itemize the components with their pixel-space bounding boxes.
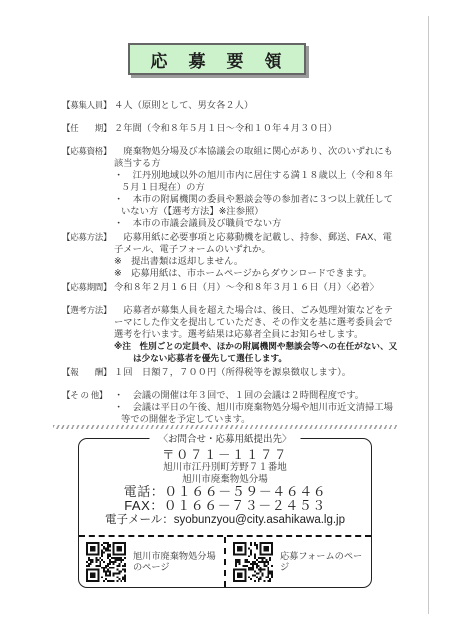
qr-code-application-form-page — [233, 542, 273, 582]
apply-note: ※ 応募用紙は、市ホームページからダウンロードできます。 — [114, 267, 398, 279]
section-period: 【応募期間】 令和８年２月１６日（月）～令和８年３月１６日（月）〈必着〉 — [62, 281, 398, 293]
section-other: 【そ の 他】 ・ 会議の開催は年３回で、１回の会議は２時間程度です。 ・ 会議… — [62, 389, 398, 425]
section-label: 【そ の 他】 — [62, 389, 114, 425]
selection-note: ※注 性別ごとの定員や、ほかの附属機関や懇談会等への在任がない、又は少ない応募者… — [114, 340, 398, 364]
guidelines-body: 【募集人員】 ４人（原則として、男女各２人） 【任 期】 ２年間（令和８年５月１… — [62, 99, 398, 427]
section-label: 【応募期間】 — [62, 281, 114, 293]
contact-box-legend: 〈お問合せ・応募用紙提出先〉 — [149, 431, 300, 445]
qr-cell-waste-site: 旭川市廃棄物処分場のページ — [79, 537, 224, 587]
address-line: 旭川市江丹別町芳野７１番地 — [79, 462, 371, 474]
section-label: 【選考方法】 — [62, 304, 114, 364]
eligibility-bullet: ・ 本市の附属機関の委員や懇談会等の参加者に３つ以上就任していない方（【選考方法… — [114, 193, 398, 217]
section-label: 【報 酬】 — [62, 366, 114, 378]
section-label: 【募集人員】 — [62, 99, 114, 111]
eligibility-intro: 廃棄物処分場及び本協議会の取組に関心があり、次のいずれにも該当する方 — [114, 145, 398, 169]
section-label: 【任 期】 — [62, 122, 114, 134]
section-selection: 【選考方法】 応募者が募集人員を超えた場合は、後日、ごみ処理対策などをテーマにし… — [62, 304, 398, 364]
section-how-to-apply: 【応募方法】 応募用紙に必要事項と応募動機を記載し、持参、郵送、FAX、電子メー… — [62, 231, 398, 279]
section-text: ４人（原則として、男女各２人） — [114, 99, 398, 111]
section-eligibility: 【応募資格】 廃棄物処分場及び本協議会の取組に関心があり、次のいずれにも該当する… — [62, 145, 398, 229]
qr-code-row: 旭川市廃棄物処分場のページ 応募フォームのページ — [79, 535, 371, 587]
email-address: 電子メール：syobunzyou@city.asahikawa.lg.jp — [79, 513, 371, 527]
fax-number: FAX：０１６６－７３－２４５３ — [79, 499, 371, 513]
section-remuneration: 【報 酬】 １回 日額７，７００円（所得税等を源泉徴収します）。 — [62, 366, 398, 378]
qr-label-application-form: 応募フォームのページ — [280, 551, 368, 574]
qr-label-waste-site: 旭川市廃棄物処分場のページ — [133, 551, 221, 574]
section-text: 令和８年２月１６日（月）～令和８年３月１６日（月）〈必着〉 — [114, 281, 398, 293]
eligibility-bullet: ・ 江丹別地域以外の旭川市内に居住する満１８歳以上（令和８年５月１日現在）の方 — [114, 169, 398, 193]
slashed-divider — [53, 425, 397, 429]
apply-note: ※ 提出書類は返却しません。 — [114, 255, 398, 267]
section-text: １回 日額７，７００円（所得税等を源泉徴収します）。 — [114, 366, 398, 378]
other-bullet: ・ 会議は平日の午後、旭川市廃棄物処分場や旭川市近文清掃工場等での開催を予定して… — [114, 401, 398, 425]
other-bullet: ・ 会議の開催は年３回で、１回の会議は２時間程度です。 — [114, 389, 398, 401]
section-term: 【任 期】 ２年間（令和８年５月１日～令和１０年４月３０日） — [62, 122, 398, 134]
page-title: 応 募 要 領 — [151, 47, 284, 72]
postal-code: 〒０７１－１１７７ — [79, 448, 371, 462]
eligibility-bullet: ・ 本市の市議会議員及び職員でない方 — [114, 217, 398, 229]
scan-edge-line — [428, 16, 429, 614]
section-recruit-count: 【募集人員】 ４人（原則として、男女各２人） — [62, 99, 398, 111]
scanned-document-page: 応 募 要 領 【募集人員】 ４人（原則として、男女各２人） 【任 期】 ２年間… — [0, 0, 453, 627]
selection-intro: 応募者が募集人員を超えた場合は、後日、ごみ処理対策などをテーマにした作文を提出し… — [114, 304, 398, 340]
section-label: 【応募方法】 — [62, 231, 114, 279]
apply-intro: 応募用紙に必要事項と応募動機を記載し、持参、郵送、FAX、電子メール、電子フォー… — [114, 231, 398, 255]
qr-code-waste-site-page — [86, 542, 126, 582]
section-label: 【応募資格】 — [62, 145, 114, 229]
title-box: 応 募 要 領 — [128, 43, 306, 75]
phone-number: 電話：０１６６－５９－４６４６ — [79, 485, 371, 499]
contact-box: 〒０７１－１１７７ 旭川市江丹別町芳野７１番地 旭川市廃棄物処分場 電話：０１６… — [78, 438, 372, 588]
section-text: ２年間（令和８年５月１日～令和１０年４月３０日） — [114, 122, 398, 134]
qr-cell-application-form: 応募フォームのページ — [224, 537, 371, 587]
